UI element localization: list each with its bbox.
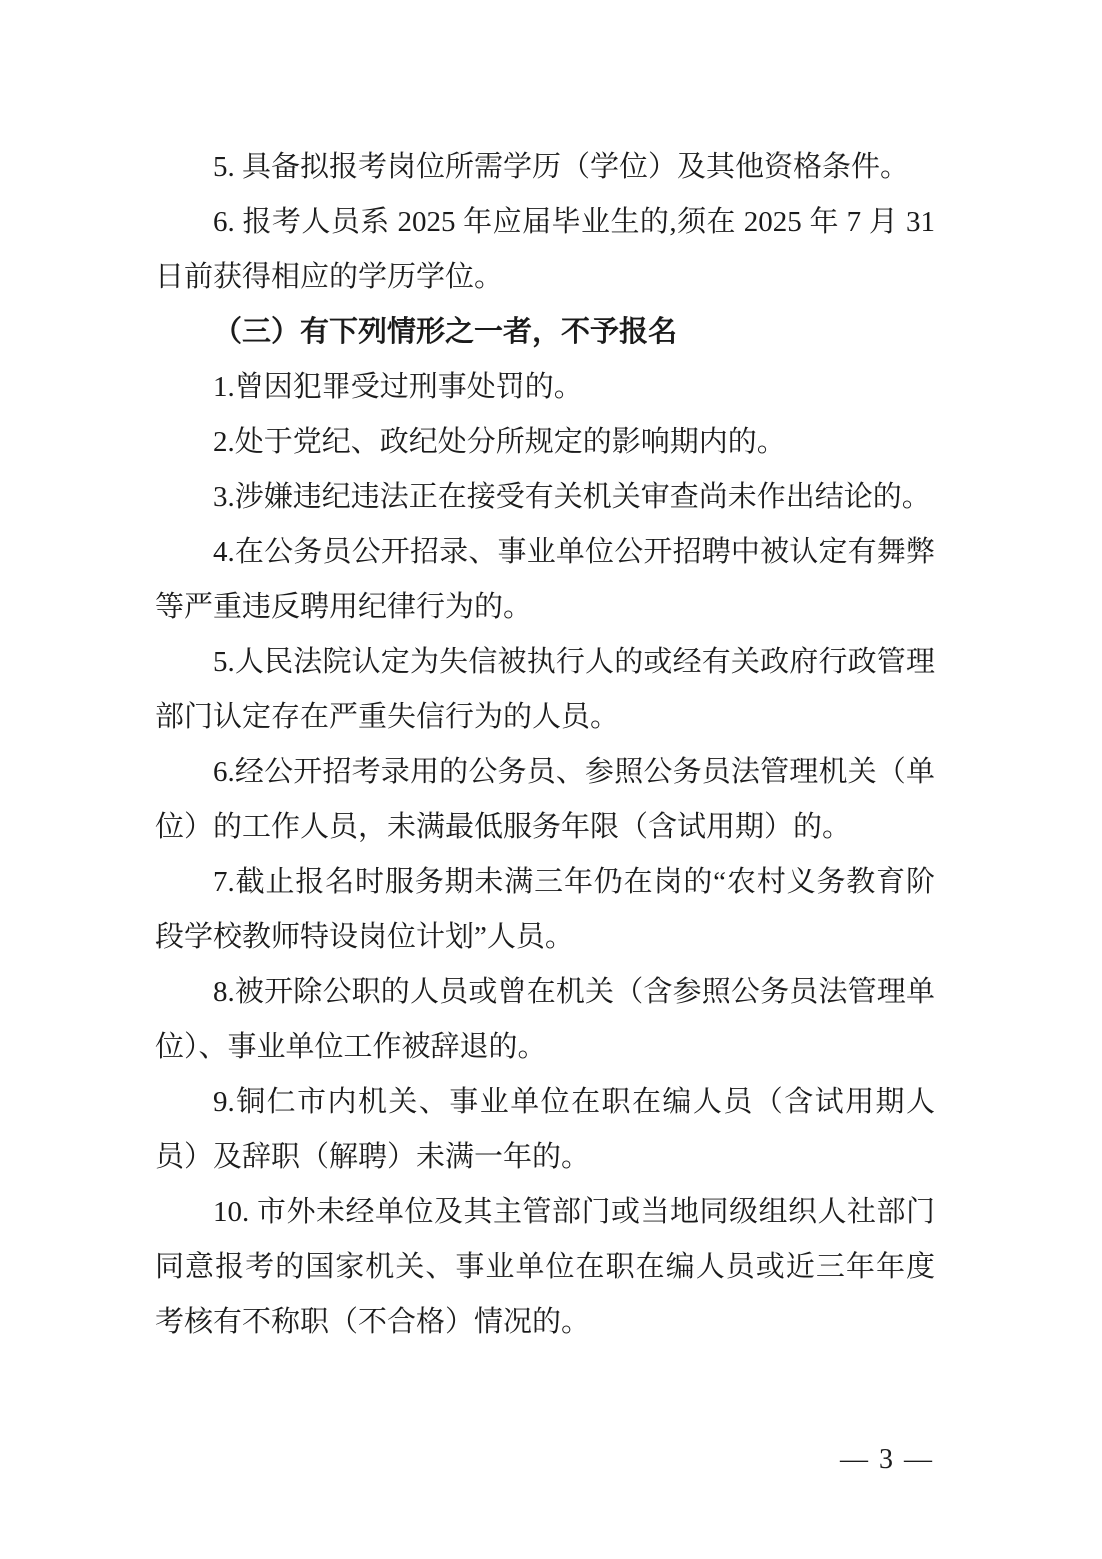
section-heading-3: （三）有下列情形之一者，不予报名 bbox=[155, 305, 935, 360]
document-body: 5. 具备拟报考岗位所需学历（学位）及其他资格条件。 6. 报考人员系 2025… bbox=[155, 140, 935, 1350]
list-item-4: 4.在公务员公开招录、事业单位公开招聘中被认定有舞弊等严重违反聘用纪律行为的。 bbox=[155, 525, 935, 635]
list-item-3: 3.涉嫌违纪违法正在接受有关机关审查尚未作出结论的。 bbox=[155, 470, 935, 525]
list-item-5: 5.人民法院认定为失信被执行人的或经有关政府行政管理部门认定存在严重失信行为的人… bbox=[155, 635, 935, 745]
list-item-10: 10. 市外未经单位及其主管部门或当地同级组织人社部门同意报考的国家机关、事业单… bbox=[155, 1185, 935, 1350]
paragraph-item-5: 5. 具备拟报考岗位所需学历（学位）及其他资格条件。 bbox=[155, 140, 935, 195]
list-item-1: 1.曾因犯罪受过刑事处罚的。 bbox=[155, 360, 935, 415]
list-item-2: 2.处于党纪、政纪处分所规定的影响期内的。 bbox=[155, 415, 935, 470]
list-item-6: 6.经公开招考录用的公务员、参照公务员法管理机关（单位）的工作人员，未满最低服务… bbox=[155, 745, 935, 855]
document-page: 5. 具备拟报考岗位所需学历（学位）及其他资格条件。 6. 报考人员系 2025… bbox=[0, 0, 1102, 1559]
page-number: — 3 — bbox=[840, 1444, 934, 1476]
paragraph-item-6: 6. 报考人员系 2025 年应届毕业生的,须在 2025 年 7 月 31 日… bbox=[155, 195, 935, 305]
list-item-9: 9.铜仁市内机关、事业单位在职在编人员（含试用期人员）及辞职（解聘）未满一年的。 bbox=[155, 1075, 935, 1185]
list-item-7: 7.截止报名时服务期未满三年仍在岗的“农村义务教育阶段学校教师特设岗位计划”人员… bbox=[155, 855, 935, 965]
list-item-8: 8.被开除公职的人员或曾在机关（含参照公务员法管理单位）、事业单位工作被辞退的。 bbox=[155, 965, 935, 1075]
